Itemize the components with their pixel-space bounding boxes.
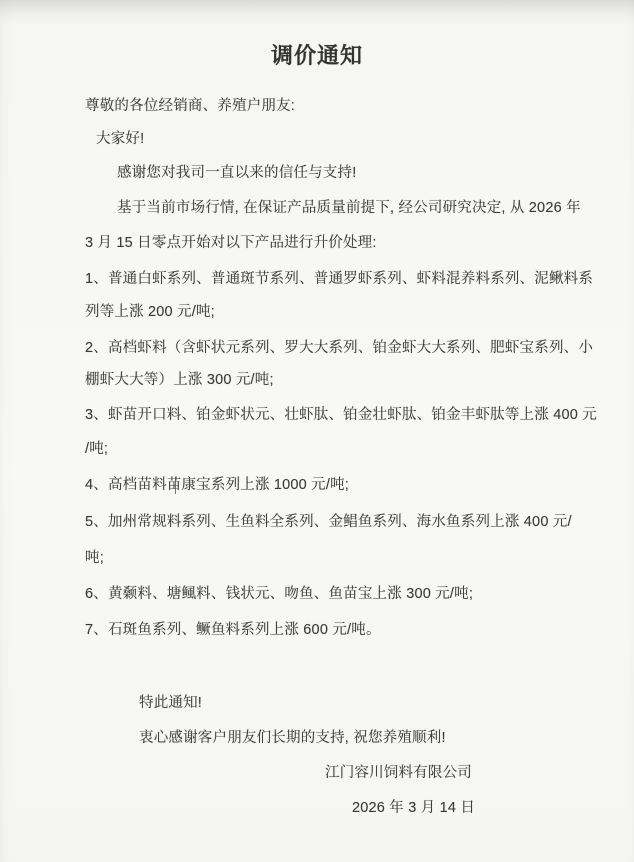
item-5-line-1: 5、加州常规料系列、生鱼料全系列、金鲳鱼系列、海水鱼系列上涨 400 元/ — [85, 511, 572, 533]
item-3-line-1: 3、虾苗开口料、铂金虾状元、壮虾肽、铂金壮虾肽、铂金丰虾肽等上涨 400 元 — [85, 404, 597, 426]
item-3-line-2: /吨; — [85, 438, 108, 460]
item-2-line-2: 棚虾大大等）上涨 300 元/吨; — [85, 369, 274, 391]
item-5-line-2: 吨; — [85, 547, 104, 569]
company-signature: 江门容川饲料有限公司 — [325, 762, 472, 784]
item-7-line-1: 7、石斑鱼系列、鳜鱼料系列上涨 600 元/吨。 — [85, 619, 381, 641]
thanks-line: 感谢您对我司一直以来的信任与支持! — [117, 162, 356, 184]
item-1-line-1: 1、普通白虾系列、普通斑节系列、普通罗虾系列、虾料混养料系列、泥鳅料系 — [85, 268, 593, 290]
item-1-line-2: 列等上涨 200 元/吨; — [85, 301, 215, 323]
intro-line-2: 3 月 15 日零点开始对以下产品进行升价处理: — [85, 232, 377, 254]
item-4-line-1: 4、高档苗料苗康宝系列上涨 1000 元/吨; — [85, 474, 349, 496]
closing-thanks: 衷心感谢客户朋友们长期的支持, 祝您养殖顺利! — [139, 727, 446, 749]
intro-line-1: 基于当前市场行情, 在保证产品质量前提下, 经公司研究决定, 从 2026 年 — [117, 197, 581, 219]
notice-document: 调价通知 尊敬的各位经销商、养殖户朋友:大家好!感谢您对我司一直以来的信任与支持… — [0, 0, 634, 862]
greeting: 大家好! — [96, 128, 144, 150]
text-cursor — [175, 477, 176, 494]
document-title: 调价通知 — [0, 45, 634, 67]
signature-date: 2026 年 3 月 14 日 — [352, 797, 475, 819]
item-6-line-1: 6、黄颡料、塘鲺料、钱状元、吻鱼、鱼苗宝上涨 300 元/吨; — [85, 583, 473, 605]
salutation: 尊敬的各位经销商、养殖户朋友: — [85, 95, 295, 117]
closing-notice: 特此通知! — [139, 692, 202, 714]
item-2-line-1: 2、高档虾料（含虾状元系列、罗大大系列、铂金虾大大系列、肥虾宝系列、小 — [85, 337, 593, 359]
